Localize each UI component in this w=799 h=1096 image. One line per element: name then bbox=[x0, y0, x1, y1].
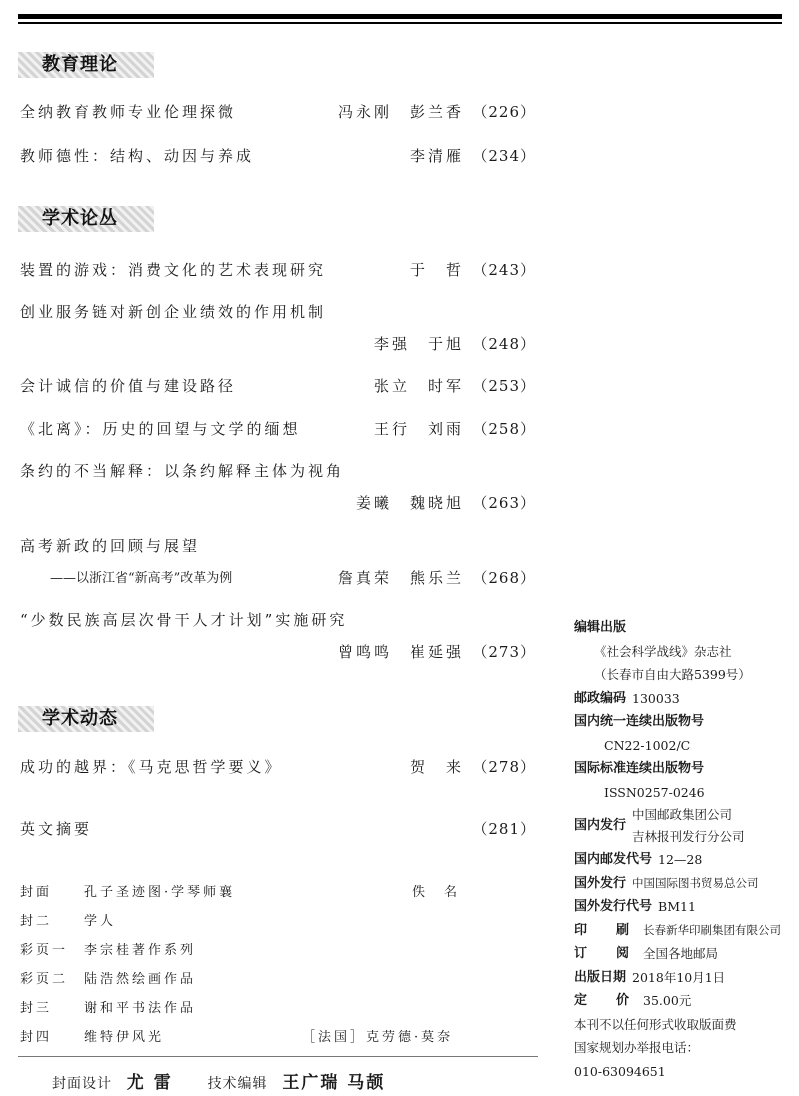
entry-authors: 王行 刘雨 bbox=[374, 418, 464, 439]
entry-authors: 曾鸣鸣 崔延强 bbox=[338, 641, 464, 662]
price-label: 定 价 bbox=[574, 989, 637, 1013]
entry-title: 英文摘要 bbox=[20, 818, 92, 839]
art-page-value: 维特伊风光 bbox=[84, 1026, 164, 1045]
entry-authors: 李清雁 bbox=[410, 145, 464, 166]
entry-page: （263） bbox=[472, 492, 536, 513]
entry-authors: 姜曦 魏晓旭 bbox=[356, 492, 464, 513]
art-page-value: 陆浩然绘画作品 bbox=[84, 968, 196, 987]
notice-fee: 本刊不以任何形式收取版面费 bbox=[574, 1013, 737, 1037]
domestic-code: 12—28 bbox=[658, 848, 702, 872]
date-label: 出版日期 bbox=[574, 966, 626, 990]
entry-subtitle: ——以浙江省“新高考”改革为例 bbox=[50, 567, 232, 586]
entry-authors: 于 哲 bbox=[410, 259, 464, 280]
top-rule-thin bbox=[18, 22, 782, 24]
publication-info: 编辑出版 《社会科学战线》杂志社 （长春市自由大路5399号） 邮政编码1300… bbox=[574, 616, 794, 1083]
editor-publisher-label: 编辑出版 bbox=[574, 616, 626, 640]
entry-page: （253） bbox=[472, 375, 536, 396]
section-heading-academic-news: 学术动态 bbox=[18, 706, 154, 732]
top-rule-thick bbox=[18, 14, 782, 19]
art-page-value: 孔子圣迹图·学琴师襄 bbox=[84, 881, 235, 900]
entry-title: 高考新政的回顾与展望 bbox=[20, 535, 200, 556]
cover-design-name: 尤雷 bbox=[127, 1068, 181, 1093]
domestic-dist-2: 吉林报刊发行分公司 bbox=[632, 826, 745, 848]
art-page-label: 封四 bbox=[20, 1026, 52, 1045]
entry-page: （226） bbox=[472, 101, 536, 122]
tech-editor-names: 王广瑞 马颉 bbox=[282, 1068, 385, 1093]
notice-hotline: 国家规划办举报电话： bbox=[574, 1036, 699, 1060]
cn-label: 国内统一连续出版物号 bbox=[574, 710, 704, 734]
art-page-artist: 佚 名 bbox=[412, 881, 460, 900]
entry-authors: 冯永刚 彭兰香 bbox=[338, 101, 464, 122]
domestic-dist-1: 中国邮政集团公司 bbox=[632, 804, 745, 826]
art-page-value: 学人 bbox=[84, 910, 116, 929]
price: 35.00元 bbox=[643, 989, 691, 1013]
section-heading-education-theory: 教育理论 bbox=[18, 52, 154, 78]
issn-label: 国际标准连续出版物号 bbox=[574, 757, 704, 781]
cover-design-label: 封面设计 bbox=[52, 1073, 112, 1093]
entry-title: “少数民族高层次骨干人才计划”实施研究 bbox=[20, 609, 347, 630]
footer-divider bbox=[18, 1056, 538, 1057]
entry-title: 成功的越界：《马克思哲学要义》 bbox=[20, 756, 283, 777]
art-page-label: 彩页一 bbox=[20, 939, 68, 958]
printing: 长春新华印刷集团有限公司 bbox=[643, 919, 781, 943]
art-page-artist: ［法国］克劳德·莫奈 bbox=[302, 1026, 453, 1045]
entry-page: （281） bbox=[472, 818, 536, 839]
entry-title: 装置的游戏：消费文化的艺术表现研究 bbox=[20, 259, 326, 280]
subscribe-label: 订 阅 bbox=[574, 942, 637, 966]
entry-page: （278） bbox=[472, 756, 536, 777]
foreign-dist-label: 国外发行 bbox=[574, 872, 626, 896]
subscribe: 全国各地邮局 bbox=[643, 942, 718, 966]
entry-title: 会计诚信的价值与建设路径 bbox=[20, 375, 236, 396]
tech-editor-label: 技术编辑 bbox=[208, 1073, 268, 1093]
entry-title: 教师德性：结构、动因与养成 bbox=[20, 145, 254, 166]
entry-page: （243） bbox=[472, 259, 536, 280]
entry-authors: 詹真荣 熊乐兰 bbox=[338, 567, 464, 588]
entry-page: （258） bbox=[472, 418, 536, 439]
address: （长春市自由大路5399号） bbox=[594, 663, 751, 687]
art-page-label: 封三 bbox=[20, 997, 52, 1016]
foreign-dist: 中国国际图书贸易总公司 bbox=[632, 872, 759, 896]
issn-number: ISSN0257-0246 bbox=[604, 781, 705, 805]
entry-authors: 张立 时军 bbox=[374, 375, 464, 396]
foreign-code: BM11 bbox=[658, 895, 696, 919]
publication-date: 2018年10月1日 bbox=[632, 966, 725, 990]
postcode: 130033 bbox=[632, 687, 680, 711]
entry-page: （234） bbox=[472, 145, 536, 166]
entry-title: 条约的不当解释：以条约解释主体为视角 bbox=[20, 460, 344, 481]
foreign-code-label: 国外发行代号 bbox=[574, 895, 652, 919]
domestic-dist-label: 国内发行 bbox=[574, 814, 626, 838]
domestic-code-label: 国内邮发代号 bbox=[574, 848, 652, 872]
postcode-label: 邮政编码 bbox=[574, 687, 626, 711]
art-page-label: 封面 bbox=[20, 881, 52, 900]
printing-label: 印 刷 bbox=[574, 919, 637, 943]
cn-number: CN22-1002/C bbox=[604, 734, 690, 758]
entry-authors: 李强 于旭 bbox=[374, 333, 464, 354]
entry-title: 创业服务链对新创企业绩效的作用机制 bbox=[20, 301, 326, 322]
entry-page: （248） bbox=[472, 333, 536, 354]
art-page-value: 李宗桂著作系列 bbox=[84, 939, 196, 958]
editor-publisher: 《社会科学战线》杂志社 bbox=[594, 640, 732, 664]
entry-page: （273） bbox=[472, 641, 536, 662]
art-page-value: 谢和平书法作品 bbox=[84, 997, 196, 1016]
art-page-label: 彩页二 bbox=[20, 968, 68, 987]
credits-line: 封面设计 尤雷 技术编辑 王广瑞 马颉 bbox=[52, 1068, 385, 1093]
entry-title: 全纳教育教师专业伦理探微 bbox=[20, 101, 236, 122]
hotline-phone: 010-63094651 bbox=[574, 1060, 666, 1084]
entry-page: （268） bbox=[472, 567, 536, 588]
entry-authors: 贺 来 bbox=[410, 756, 464, 777]
section-heading-academic-forum: 学术论丛 bbox=[18, 206, 154, 232]
entry-title: 《北离》：历史的回望与文学的缅想 bbox=[20, 418, 301, 439]
art-page-label: 封二 bbox=[20, 910, 52, 929]
